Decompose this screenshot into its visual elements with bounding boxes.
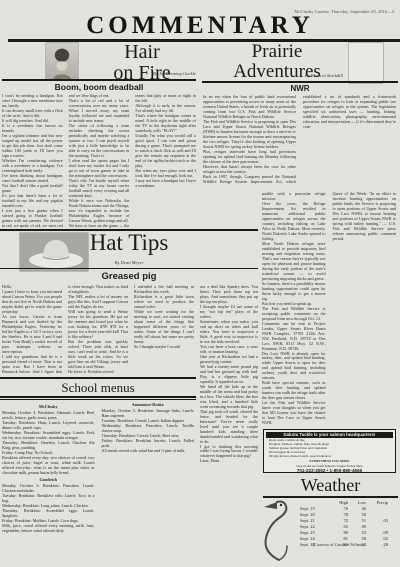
prairie-adventures-rule (202, 81, 398, 83)
school-menu-anamoose-drake: Anamoose-Drake Monday, October 3: Breakf… (102, 402, 195, 453)
school-menus-rule-thick (0, 396, 196, 398)
hat-tips-rule (0, 268, 258, 269)
school-name: Goodrich (2, 477, 95, 482)
ad-headline: Dakota Tackle is your salmon headquarter… (266, 432, 393, 439)
columnist-photo-jill (46, 43, 78, 79)
school-menu-text: Monday, October 3: Breakfast: Oatmeal; L… (2, 410, 95, 475)
hair-on-fire-headline: Boom, boom deadball (2, 82, 196, 92)
nwr-headline: NWR (202, 84, 398, 93)
ad-bullet: Diving devices, planer boards, speed ind… (269, 455, 393, 459)
ad-note: Stop in and see North Dakota's Largest T… (266, 464, 393, 468)
school-menu-text: Monday, October 3: Breakfast: Sausage li… (102, 408, 195, 453)
ad-tagline: EVERYTHING YOU NEED! (266, 459, 393, 463)
byline-patricia: By Patricia Stockdill (248, 73, 343, 78)
nwr-body-part1: In an era when the loss of public land r… (203, 94, 396, 188)
weather-title: Weather (263, 475, 398, 496)
nwr-body-part2: patible with a particular refuge mission… (262, 191, 396, 428)
goose-drawing (257, 498, 301, 567)
columnist-photo-patricia (349, 43, 383, 83)
hair-on-fire-rule (2, 79, 196, 81)
section-rule (8, 39, 400, 42)
school-menu-goodrich: Goodrich Monday, October 3: Breakfast: P… (2, 477, 95, 533)
school-name: Anamoose-Drake (102, 402, 195, 407)
title-line-1: Prairie (214, 42, 340, 62)
page-title: COMMENTARY (0, 12, 400, 40)
school-menus-top-rule (0, 377, 196, 379)
byline-dean: By Dean Meyer (0, 260, 258, 265)
byline-jill: By Jill Denning Gackle (110, 71, 196, 76)
dakota-tackle-ad: Dakota Tackle is your salmon headquarter… (263, 429, 396, 473)
column-title-hair-on-fire: Hair on Fire (86, 42, 198, 84)
newspaper-commentary-page: McClusky Gazette, Thursday, September 29… (0, 0, 400, 567)
greased-pig-headline: Greased pig (0, 271, 258, 282)
school-menu-text: Monday, October 3: Breakfast: Pancakes; … (2, 483, 95, 533)
ad-phone-numbers: 701-222-3092 • 1-800-880-4665 (266, 468, 393, 473)
title-line-1: Hair (86, 42, 198, 63)
school-menu-mcclusky: McClusky Monday, October 3: Breakfast: O… (2, 404, 95, 475)
school-menus-body: McClusky Monday, October 3: Breakfast: O… (2, 402, 194, 563)
title-line-2: Adventures (214, 62, 340, 82)
school-menus-title: School menus (0, 380, 196, 396)
hat-tips-body-right: use a deal like Spanky does. You know. T… (200, 284, 258, 540)
school-name: McClusky (2, 404, 95, 409)
hair-on-fire-body: I won't be needing a handgun. Not since … (2, 93, 196, 229)
school-menus-rule-thin (0, 399, 196, 400)
hat-tips-body-left: Hello, I guess I have to keep you inform… (2, 284, 194, 374)
ad-bullet-list: Rods, reels, combos & line Dodgers, flas… (269, 439, 393, 458)
weather-courtesy-line: (Courtesy of Candace Pellman) (280, 542, 398, 547)
column-title-hat-tips: Hat Tips (0, 231, 258, 255)
